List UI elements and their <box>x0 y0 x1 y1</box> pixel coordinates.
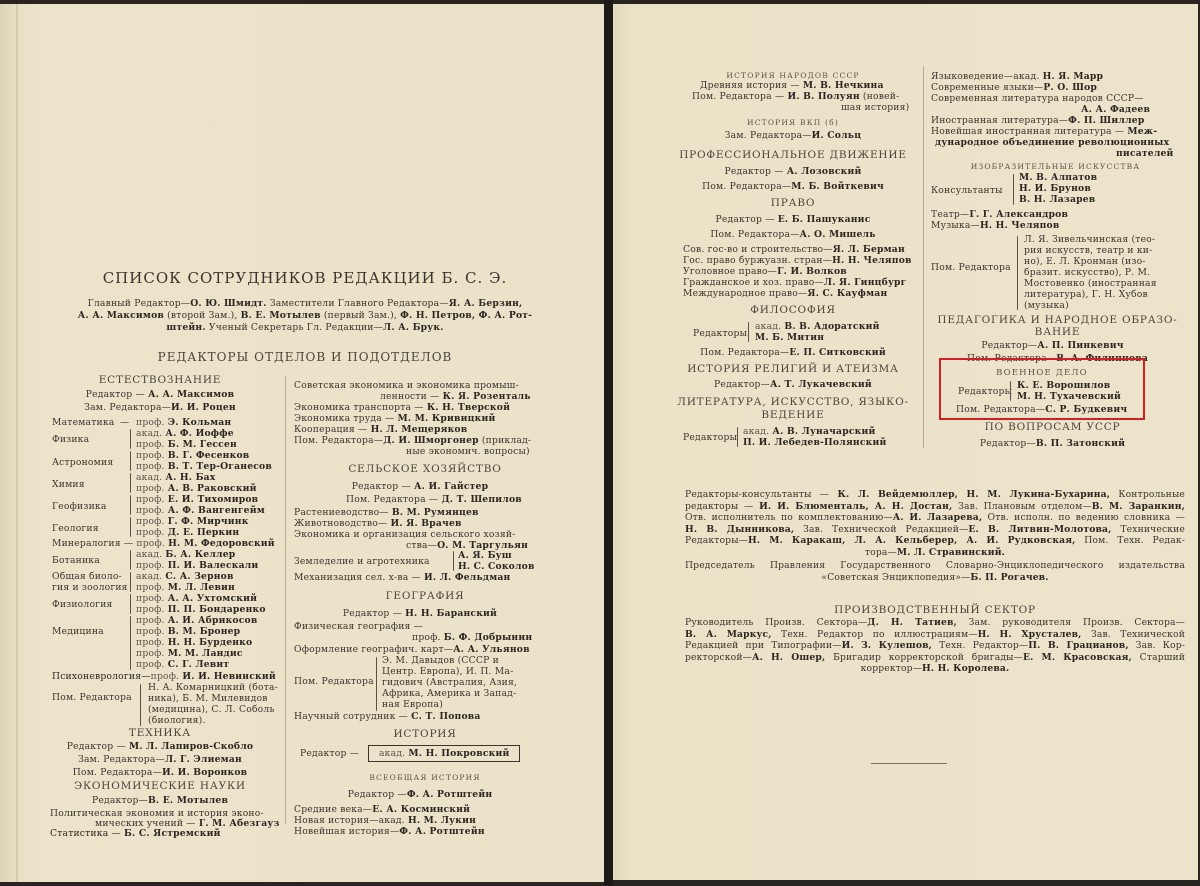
heading-trade-unions: ПРОФЕССИОНАЛЬНОЕ ДВИЖЕНИЕ <box>673 149 913 161</box>
person-name: В. А. Маркус, <box>685 629 772 640</box>
person: Н. И. Брунов <box>1019 183 1091 194</box>
assistant-line: ная Европа) <box>382 699 443 710</box>
role-text: Редакторы— <box>685 535 748 546</box>
person: К. Е. Ворошилов <box>1017 380 1110 391</box>
economics-assistant: Пом. Редактора—Д. И. Шморгонер (приклад- <box>294 435 531 446</box>
heading-religion: ИСТОРИЯ РЕЛИГИЙ И АТЕИЗМА <box>668 363 918 375</box>
recent-history: Новейшая история—Ф. А. Ротштейн <box>294 826 485 837</box>
person: проф. А. А. Ухтомский <box>136 593 257 604</box>
assistant-line: Л. Я. Зивельчинская (тео- <box>1024 234 1155 245</box>
statistics-line: Статистика — Б. С. Ястремский <box>50 828 221 839</box>
maps: Оформление географич. карт—А. А. Ульянов <box>294 644 530 655</box>
heading-philosophy: ФИЛОСОФИЯ <box>673 304 913 316</box>
person: проф. Е. И. Тихомиров <box>136 494 258 505</box>
law-editor: Редактор — Е. Б. Пашуканис <box>673 214 913 225</box>
ussr-literature-name: А. А. Фадеев <box>1081 104 1150 115</box>
left-page: СПИСОК СОТРУДНИКОВ РЕДАКЦИИ Б. С. Э. Гла… <box>0 4 604 882</box>
heading-production-sector: ПРОИЗВОДСТВЕННЫЙ СЕКТОР <box>685 604 1185 616</box>
history-editor-box: акад. М. Н. Покровский <box>368 745 520 762</box>
heading-natural-sciences: ЕСТЕСТВОЗНАНИЕ <box>40 374 280 386</box>
middle-ages: Средние века—Е. А. Косминский <box>294 804 470 815</box>
paragraph-line: В. А. Маркус, Техн. Редактор по иллюстра… <box>685 629 1185 641</box>
person: проф. Д. Е. Перкин <box>136 527 239 538</box>
foreign-literature: Иностранная литература—Ф. П. Шиллер <box>931 115 1144 126</box>
person: акад. В. В. Адоратский <box>755 321 880 332</box>
person-name: Н. Н. Королева. <box>922 663 1009 674</box>
production-paragraph: Руководитель Произв. Сектора—Д. Н. Татие… <box>685 617 1185 675</box>
physical-geography-person: проф. Б. Ф. Добрынин <box>412 632 532 643</box>
economics-editor: Редактор—В. Е. Мотылев <box>40 795 280 806</box>
brace <box>130 594 131 614</box>
linguistics: Языковедение—акад. Н. Я. Марр <box>931 71 1103 82</box>
crops: Растениеводство— В. М. Румянцев <box>294 507 479 518</box>
person: акад. А. Н. Бах <box>136 472 215 483</box>
philosophy-editors-label: Редакторы <box>693 328 747 339</box>
ussr-literature: Современная литература народов СССР— <box>931 93 1144 104</box>
math-person: проф. Э. Кольман <box>136 417 231 428</box>
brace <box>748 322 749 342</box>
heading-law: ПРАВО <box>673 197 913 209</box>
person: проф. П. П. Бондаренко <box>136 604 266 615</box>
law-item: Гражданское и хоз. право—Л. Я. Гинцбург <box>683 277 906 288</box>
assistant-line: (биология). <box>148 715 206 726</box>
brace <box>140 684 141 726</box>
agriculture-editor: Редактор — А. И. Гайстер <box>290 481 550 492</box>
masthead-line-3: штейн. Ученый Секретарь Гл. Редакции—Л. … <box>40 322 570 333</box>
assistant-line: Мостовенко (иностранная <box>1024 278 1157 289</box>
person: Н. С. Соколов <box>458 561 535 572</box>
soviet-economy-cont: ленности — К. Я. Розенталь <box>380 391 531 402</box>
person: акад. С. А. Зернов <box>136 571 234 582</box>
chairman-paragraph: Председатель Правления Государственного … <box>685 560 1185 583</box>
brace <box>130 616 131 670</box>
person-name: В. М. Заранкин, <box>1092 501 1185 512</box>
paragraph-line: тора—М. Л. Стравинский. <box>685 547 1185 559</box>
role-text: Руководитель Произв. Сектора— <box>685 617 867 628</box>
heading-history: ИСТОРИЯ <box>290 728 560 740</box>
heading-pedagogy: ПЕДАГОГИКА И НАРОДНОЕ ОБРАЗО- <box>925 314 1190 326</box>
natural-sciences-deputy: Зам. Редактора—И. И. Роцен <box>40 402 280 413</box>
brace <box>376 657 377 711</box>
person-name: И. З. Кулешов, <box>842 640 932 651</box>
person: проф. Б. М. Гессен <box>136 439 237 450</box>
masthead-line-1: Главный Редактор—О. Ю. Шмидт. Заместител… <box>40 298 570 309</box>
military-editors-label: Редакторы <box>958 386 1012 397</box>
book-spine <box>604 0 613 886</box>
heading-vkp-history: ИСТОРИЯ ВКП (б) <box>673 118 913 127</box>
assistant-line: Центр. Европа), И. П. Ма- <box>382 666 513 677</box>
brace <box>130 473 131 493</box>
role-text: Зав. Технической <box>1082 629 1186 640</box>
person: М. В. Алпатов <box>1019 172 1097 183</box>
brace <box>130 550 131 570</box>
recent-foreign-cont2: писателей <box>1116 148 1174 159</box>
heading-fine-arts: ИЗОБРАЗИТЕЛЬНЫЕ ИСКУССТВА <box>928 162 1183 171</box>
brace <box>453 551 454 571</box>
person: М. Б. Митин <box>755 332 824 343</box>
person-name: М. Л. Стравинский. <box>897 547 1005 558</box>
staff-paragraph: Редакторы-консультанты — К. Л. Вейдемюлл… <box>685 489 1185 559</box>
law-item: Сов. гос-во и строительство—Я. Л. Берман <box>683 244 905 255</box>
person: проф. В. М. Бронер <box>136 626 240 637</box>
heading-economics: ЭКОНОМИЧЕСКИЕ НАУКИ <box>40 780 280 792</box>
role-text: тора— <box>865 547 897 558</box>
role-text: Зав. Плановым отделом— <box>952 501 1091 512</box>
paragraph-line: «Советская Энциклопедия»—Б. П. Рогачев. <box>685 572 1185 584</box>
person: проф. М. Л. Левин <box>136 582 235 593</box>
paragraph-line: редакторы — И. И. Блюменталь, А. Н. Дост… <box>685 501 1185 513</box>
religion-editor: Редактор—А. Т. Лукачевский <box>673 379 913 390</box>
assistant-line: (медицина), С. Л. Соболь <box>148 704 275 715</box>
modern-history: Новая история—акад. Н. М. Лукин <box>294 815 476 826</box>
role-text: Редакторы-консультанты — <box>685 489 837 500</box>
trade-unions-editor: Редактор — А. Лозовский <box>673 166 913 177</box>
brace <box>1013 174 1014 205</box>
column-divider <box>923 66 924 448</box>
assistant-line: гидович (Австралия, Азия, <box>382 677 517 688</box>
law-item: Уголовное право—Г. И. Волков <box>683 266 847 277</box>
transport-economics: Экономика транспорта — К. Н. Тверской <box>294 402 510 413</box>
person: А. Я. Буш <box>458 550 512 561</box>
heading-ukrainian: ПО ВОПРОСАМ УССР <box>925 421 1180 433</box>
music: Музыка—Н. Н. Челяпов <box>931 220 1059 231</box>
paragraph-line: Редакторы-консультанты — К. Л. Вейдемюлл… <box>685 489 1185 501</box>
person: М. Н. Тухачевский <box>1017 391 1121 402</box>
person: акад. А. В. Луначарский <box>743 426 876 437</box>
brace <box>130 429 131 449</box>
literature-editors-label: Редакторы <box>683 432 737 443</box>
right-page: ИСТОРИЯ НАРОДОВ СССР Древняя история — М… <box>613 4 1198 880</box>
world-history-editor: Редактор —Ф. А. Ротштейн <box>290 789 550 800</box>
role-text: Контрольные <box>1110 489 1185 500</box>
law-assistant: Пом. Редактора—А. О. Мишель <box>673 229 913 240</box>
consultants-label: Консультанты <box>931 185 1003 196</box>
person: проф. А. Ф. Вангенгейм <box>136 505 265 516</box>
psychoneurology-line: Психоневрология—проф. И. И. Невинский <box>52 671 276 682</box>
role-text: Зав. Технической Редакцией— <box>794 524 968 535</box>
group-label-geophysics: Геофизика <box>52 501 107 512</box>
pedagogy-editor: Редактор—А. П. Пинкевич <box>925 340 1180 351</box>
geo-assistants-label: Пом. Редактора <box>294 676 374 687</box>
person-name: А. Н. Ошер, <box>752 652 825 663</box>
vkp-deputy: Зам. Редактора—И. Сольц <box>673 130 913 141</box>
ussr-history-note: шая история) <box>841 102 909 113</box>
heading-geography: ГЕОГРАФИЯ <box>290 590 560 602</box>
person: проф. М. М. Ландис <box>136 648 243 659</box>
military-assistant: Пом. Редактора—С. Р. Будкевич <box>956 404 1127 415</box>
agri-org: Экономика и организация сельского хозяй- <box>294 529 515 540</box>
role-text: Техн. Редактор— <box>932 640 1028 651</box>
person: проф. А. И. Абрикосов <box>136 615 257 626</box>
heading-agriculture: СЕЛЬСКОЕ ХОЗЯЙСТВО <box>290 463 560 475</box>
page-fold <box>16 4 18 882</box>
brace <box>130 517 131 537</box>
assistant-line: Э. М. Давыдов (СССР и <box>382 655 499 666</box>
cooperation: Кооперация — Н. Л. Мещеряков <box>294 424 467 435</box>
paragraph-line: ректорской—А. Н. Ошер, Бригадир корректо… <box>685 652 1185 664</box>
theatre: Театр—Г. Г. Александров <box>931 209 1068 220</box>
law-item: Международное право—Я. С. Кауфман <box>683 288 887 299</box>
person-name: Е. М. Красовская, <box>1023 652 1132 663</box>
heading-world-history: ВСЕОБЩАЯ ИСТОРИЯ <box>290 773 560 782</box>
person: проф. Г. Ф. Мирчинк <box>136 516 249 527</box>
soviet-economy: Советская экономика и экономика промыш- <box>294 380 519 391</box>
closing-rule <box>871 763 947 764</box>
assistant-line: Африка, Америка и Запад- <box>382 688 516 699</box>
labor-economics: Экономика труда — М. М. Кривицкий <box>294 413 496 424</box>
paragraph-line: Председатель Правления Государственного … <box>685 560 1185 572</box>
group-label-chemistry: Химия <box>52 479 85 490</box>
brace <box>130 572 131 592</box>
group-label-botany: Ботаника <box>52 555 100 566</box>
group-label-astronomy: Астрономия <box>52 457 113 468</box>
assistant-line: (музыка) <box>1024 300 1069 311</box>
heading-literature-cont: ВЕДЕНИЕ <box>668 409 918 421</box>
brace <box>1017 236 1018 310</box>
role-text: Отв. исполнитель по комплектованию— <box>685 512 893 523</box>
paragraph-line: корректор—Н. Н. Королева. <box>685 663 1185 675</box>
person-name: И. И. Блюменталь, А. Н. Достан, <box>759 501 952 512</box>
role-text: Техн. Редактор по иллюстрациям— <box>772 629 978 640</box>
group-label-physics: Физика <box>52 434 89 445</box>
group-label-medicine: Медицина <box>52 626 104 637</box>
person-name: А. И. Лазарева, <box>893 512 982 523</box>
role-text: ректорской— <box>685 652 752 663</box>
person: проф. Н. Н. Бурденко <box>136 637 252 648</box>
role-text: Старший <box>1132 652 1185 663</box>
agriculture-assistant: Пом. Редактора — Д. Т. Шепилов <box>346 494 522 505</box>
law-item: Гос. право буржуазн. стран—Н. Н. Челяпов <box>683 255 912 266</box>
brace <box>130 495 131 515</box>
person: проф. П. И. Валескали <box>136 560 258 571</box>
assistant-line: литература), Г. Н. Хубов <box>1024 289 1148 300</box>
geography-editor: Редактор — Н. Н. Баранский <box>290 608 550 619</box>
paragraph-line: Отв. исполнитель по комплектованию—А. И.… <box>685 512 1185 524</box>
role-text: Зав. Кор- <box>1129 640 1185 651</box>
paragraph-line: Н. В. Дынникова, Зав. Технической Редакц… <box>685 524 1185 536</box>
role-text: Бригадир корректорской бригады— <box>825 652 1023 663</box>
page-title: СПИСОК СОТРУДНИКОВ РЕДАКЦИИ Б. С. Э. <box>60 269 550 287</box>
livestock: Животноводство— И. Я. Врачев <box>294 518 462 529</box>
section-heading-department-editors: РЕДАКТОРЫ ОТДЕЛОВ И ПОДОТДЕЛОВ <box>60 350 550 364</box>
recent-foreign-cont: дународное объединение революционных <box>935 137 1169 148</box>
physical-geography: Физическая география — <box>294 621 423 632</box>
researcher: Научный сотрудник — С. Т. Попова <box>294 711 481 722</box>
person-name: Б. П. Рогачев. <box>970 572 1048 583</box>
person-name: Д. Н. Татиев, <box>867 617 957 628</box>
column-divider <box>285 376 286 824</box>
paragraph-line: Редакторы—Н. М. Каракаш, Л. А. Кельберер… <box>685 535 1185 547</box>
heading-literature: ЛИТЕРАТУРА, ИСКУССТВО, ЯЗЫКО- <box>668 396 918 408</box>
role-text: «Советская Энциклопедия»— <box>821 572 970 583</box>
farming-label: Земледелие и агротехника <box>294 556 430 567</box>
brace <box>130 451 131 471</box>
role-text: корректор— <box>861 663 922 674</box>
assistant-line: Н. А. Комарницкий (бота- <box>148 682 278 693</box>
role-text: Пом. Техн. Редак- <box>1076 535 1186 546</box>
philosophy-assistant: Пом. Редактора—Е. П. Ситковский <box>673 347 913 358</box>
heading-ussr-history: ИСТОРИЯ НАРОДОВ СССР <box>673 71 913 80</box>
heading-military: ВОЕННОЕ ДЕЛО <box>939 368 1145 378</box>
modern-languages: Современные языки—Р. О. Шор <box>931 82 1097 93</box>
technology-editor: Редактор — М. Л. Лапиров-Скобло <box>40 741 280 752</box>
arts-assistants-label: Пом. Редактора <box>931 262 1011 273</box>
role-text: Председатель Правления Государственного … <box>685 560 1185 571</box>
technology-assistant: Пом. Редактора—И. И. Воронков <box>40 767 280 778</box>
heading-pedagogy-cont: ВАНИЕ <box>925 326 1190 338</box>
person-name: Н. М. Каракаш, Л. А. Кельберер, А. И. Ру… <box>748 535 1076 546</box>
group-label-physiology: Физиология <box>52 599 113 610</box>
person: проф. В. Г. Фесенков <box>136 450 249 461</box>
brace <box>1010 381 1011 401</box>
mechanization: Механизация сел. х-ва — И. Л. Фельдман <box>294 572 510 583</box>
person: проф. В. Т. Тер-Оганесов <box>136 461 272 472</box>
role-text: редакторы — <box>685 501 759 512</box>
ukrainian-editor: Редактор—В. П. Затонский <box>925 438 1180 449</box>
ancient-history: Древняя история — М. В. Нечкина <box>700 80 884 91</box>
math-label: Математика <box>52 417 114 428</box>
heading-technology: ТЕХНИКА <box>40 727 280 739</box>
person: проф. А. В. Раковский <box>136 483 257 494</box>
group-label-geology: Геология <box>52 523 99 534</box>
assistant-line: рия искусств, театр и ки- <box>1024 245 1152 256</box>
assistants-label: Пом. Редактора <box>52 692 132 703</box>
role-text: Редакцией при Типографии— <box>685 640 842 651</box>
natural-sciences-editor: Редактор — А. А. Максимов <box>40 389 280 400</box>
mineralogy-line: Минералогия — проф. Н. М. Федоровский <box>52 538 275 549</box>
brace <box>737 427 738 447</box>
person-name: Н. Н. Хрусталев, <box>978 629 1082 640</box>
person: П. И. Лебедев-Полянский <box>743 437 887 448</box>
assistant-line: бразит. искусство), Р. М. <box>1024 267 1150 278</box>
history-editor-label: Редактор — <box>300 748 359 759</box>
role-text: Технические <box>1111 524 1185 535</box>
person: акад. Б. А. Келлер <box>136 549 235 560</box>
person-name: К. Л. Вейдемюллер, Н. М. Лукина-Бухарина… <box>837 489 1110 500</box>
recent-foreign-literature: Новейшая иностранная литература — Меж- <box>931 126 1157 137</box>
role-text: Отв. исполн. по ведению словника — <box>982 512 1185 523</box>
person: акад. А. Ф. Иоффе <box>136 428 234 439</box>
assistant-line: ника), Б. М. Милевидов <box>148 693 268 704</box>
economics-assistant-note: ные экономич. вопросы) <box>406 446 530 457</box>
masthead-line-2: А. А. Максимов (второй Зам.), В. Е. Моты… <box>40 310 570 321</box>
person-name: Е. В. Литвин-Молотова, <box>968 524 1111 535</box>
role-text: Зам. руководителя Произв. Сектора— <box>957 617 1185 628</box>
person: В. Н. Лазарев <box>1019 194 1095 205</box>
trade-unions-assistant: Пом. Редактора—М. Б. Войткевич <box>673 181 913 192</box>
ussr-history-assistant: Пом. Редактора — И. В. Полуян (новей- <box>692 91 899 102</box>
person-name: П. В. Грацианов, <box>1028 640 1128 651</box>
paragraph-line: Редакцией при Типографии—И. З. Кулешов, … <box>685 640 1185 652</box>
assistant-line: но), Е. Л. Кронман (изо- <box>1024 256 1146 267</box>
group-label-biology: Общая биоло- <box>52 571 122 582</box>
person: проф. С. Г. Левит <box>136 659 229 670</box>
paragraph-line: Руководитель Произв. Сектора—Д. Н. Татие… <box>685 617 1185 629</box>
technology-deputy: Зам. Редактора—Л. Г. Элиеман <box>40 754 280 765</box>
person-name: Н. В. Дынникова, <box>685 524 794 535</box>
